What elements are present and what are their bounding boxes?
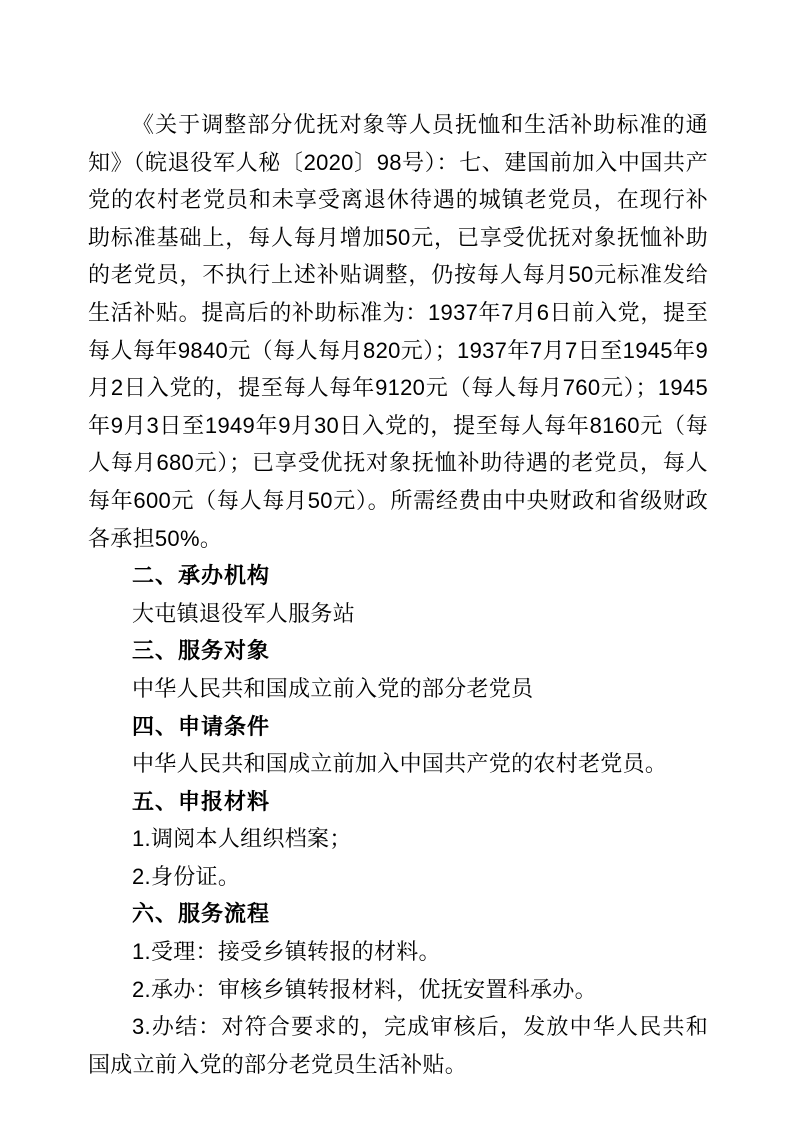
section-heading-service-process: 六、服务流程 — [88, 895, 708, 933]
paragraph-policy-notice: 《关于调整部分优抚对象等人员抚恤和生活补助标准的通知》（皖退役军人秘〔2020〕… — [88, 106, 708, 557]
paragraph-process-step-3: 3.办结：对符合要求的，完成审核后，发放中华人民共和国成立前入党的部分老党员生活… — [88, 1008, 708, 1083]
document-page: 《关于调整部分优抚对象等人员抚恤和生活补助标准的通知》（皖退役军人秘〔2020〕… — [0, 0, 793, 1122]
section-heading-undertaking-agency: 二、承办机构 — [88, 557, 708, 595]
section-heading-application-conditions: 四、申请条件 — [88, 708, 708, 746]
paragraph-application-conditions: 中华人民共和国成立前加入中国共产党的农村老党员。 — [88, 745, 708, 783]
paragraph-undertaking-agency: 大屯镇退役军人服务站 — [88, 595, 708, 633]
paragraph-process-step-2: 2.承办：审核乡镇转报材料，优抚安置科承办。 — [88, 971, 708, 1009]
paragraph-material-item-2: 2.身份证。 — [88, 858, 708, 896]
section-heading-service-target: 三、服务对象 — [88, 632, 708, 670]
paragraph-service-target: 中华人民共和国成立前入党的部分老党员 — [88, 670, 708, 708]
paragraph-process-step-1: 1.受理：接受乡镇转报的材料。 — [88, 933, 708, 971]
section-heading-application-materials: 五、申报材料 — [88, 783, 708, 821]
paragraph-material-item-1: 1.调阅本人组织档案； — [88, 820, 708, 858]
